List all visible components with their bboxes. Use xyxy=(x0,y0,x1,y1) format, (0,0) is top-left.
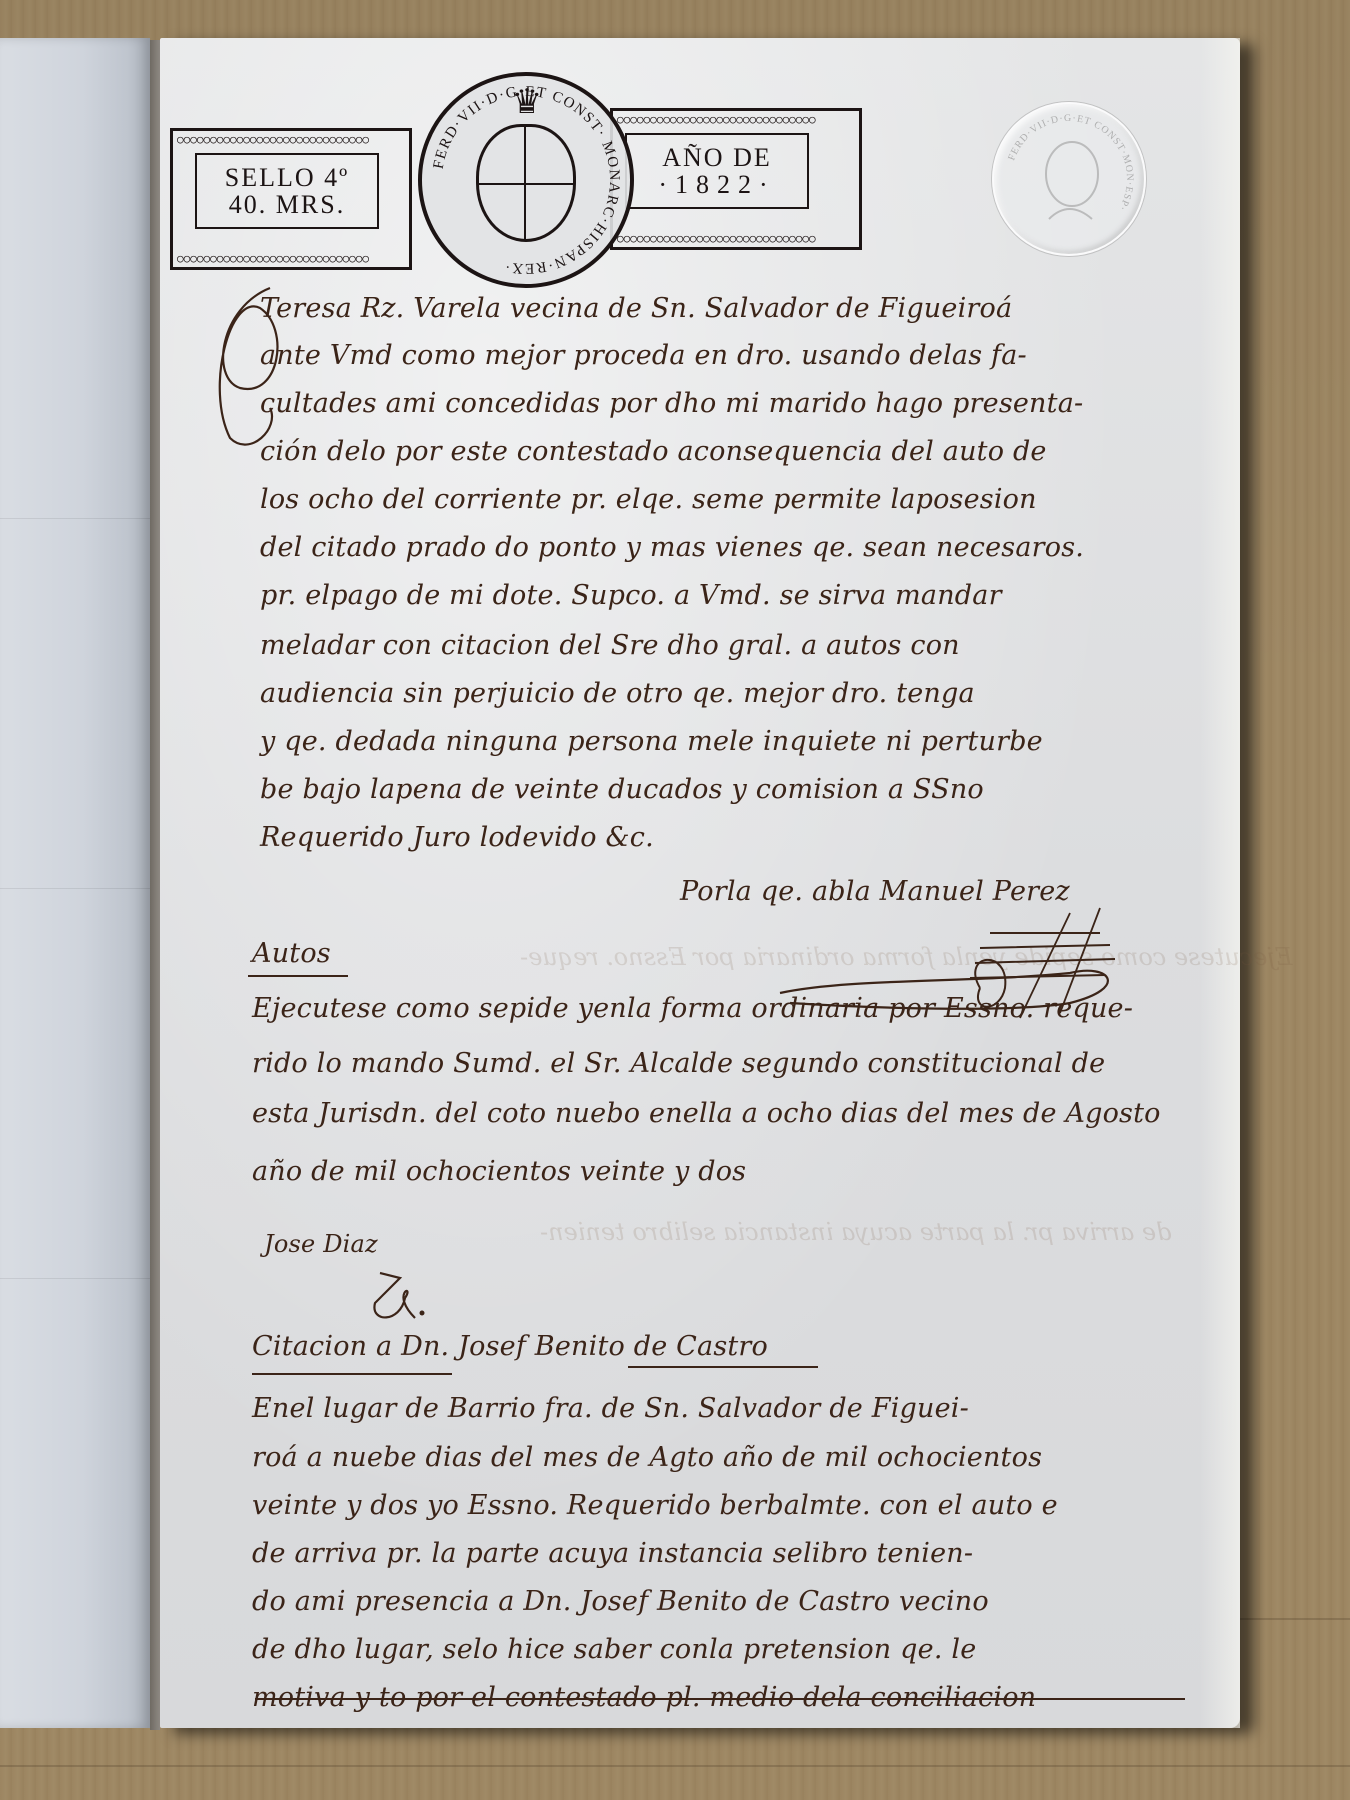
petition-line: ante Vmd como mejor proceda en dro. usan… xyxy=(260,340,1027,371)
ornamental-border: ○○○○○○○○○○○○○○○○○○○○○○○○○○○○○ xyxy=(177,133,383,146)
stamp-year-inner: AÑO DE ·1822· xyxy=(625,133,809,209)
stamp-price-label: 40. MRS. xyxy=(229,191,345,218)
petition-line: ción delo por este contestado aconsequen… xyxy=(260,436,1047,467)
citacion-line: roá a nuebe dias del mes de Agto año de … xyxy=(252,1442,1042,1473)
stamp-year-value: ·1822· xyxy=(658,171,775,198)
left-page xyxy=(0,38,150,1728)
petition-line: y qe. dedada ninguna persona mele inquie… xyxy=(260,726,1043,757)
autos-heading: Autos xyxy=(252,938,331,969)
petition-line: be bajo lapena de veinte ducados y comis… xyxy=(260,774,984,805)
page-edge xyxy=(1200,38,1240,1728)
ornamental-border: ○○○○○○○○○○○○○○○○○○○○○○○○○○○○○○ xyxy=(617,232,831,245)
petition-line: pr. elpago de mi dote. Supco. a Vmd. se … xyxy=(260,580,1002,611)
autos-line: esta Jurisdn. del coto nuebo enella a oc… xyxy=(252,1098,1161,1129)
binding-gutter xyxy=(150,40,160,1730)
manuscript-page: Ejecutese como sepide yenla forma ordina… xyxy=(160,38,1240,1728)
citacion-heading: Citacion a Dn. Josef Benito de Castro xyxy=(252,1331,768,1362)
ornamental-border: ○○○○○○○○○○○○○○○○○○○○○○○○○○○○○ xyxy=(177,252,383,265)
shield-icon xyxy=(476,124,576,242)
fold-line xyxy=(0,1278,150,1279)
closing-rule xyxy=(255,1698,1185,1700)
cardboard-seam xyxy=(0,1765,1350,1767)
heading-underline xyxy=(628,1366,818,1368)
crown-icon: ♛ xyxy=(492,84,562,120)
stamp-year-box: ○○○○○○○○○○○○○○○○○○○○○○○○○○○○○○ ○○○○○○○○○… xyxy=(610,108,862,250)
petition-line: los ocho del corriente pr. elqe. seme pe… xyxy=(260,484,1037,515)
citacion-line: Enel lugar de Barrio fra. de Sn. Salvado… xyxy=(252,1393,969,1424)
stamp-sello-label: SELLO 4º xyxy=(225,164,349,191)
petition-line: meladar con citacion del Sre dho gral. a… xyxy=(260,630,960,661)
petition-line: Requerido Juro lodevido &c. xyxy=(260,822,654,853)
ornamental-border: ○○○○○○○○○○○○○○○○○○○○○○○○○○○○○○ xyxy=(617,113,831,126)
bleed-through-text: de arriva pr. la parte acuya instancia s… xyxy=(540,1218,1171,1246)
petition-line: cultades ami concedidas por dho mi marid… xyxy=(260,388,1083,419)
fold-line xyxy=(0,518,150,519)
fold-line xyxy=(0,888,150,889)
autos-line: Ejecutese como sepide yenla forma ordina… xyxy=(252,993,1133,1024)
petition-line: del citado prado do ponto y mas vienes q… xyxy=(260,532,1084,563)
citacion-line: de arriva pr. la parte acuya instancia s… xyxy=(252,1538,973,1569)
signature-rubric-icon xyxy=(360,1263,440,1333)
svg-text:FERD·VII·D·G·ET CONST·MON·ESP·: FERD·VII·D·G·ET CONST·MON·ESP· xyxy=(1006,113,1135,213)
autos-line: año de mil ochocientos veinte y dos xyxy=(252,1156,746,1187)
autos-signature: Jose Diaz xyxy=(264,1230,378,1258)
citacion-line: veinte y dos yo Essno. Requerido berbalm… xyxy=(252,1490,1058,1521)
citacion-line: do ami presencia a Dn. Josef Benito de C… xyxy=(252,1586,989,1617)
stamp-value-inner: SELLO 4º 40. MRS. xyxy=(195,153,379,229)
heading-underline xyxy=(252,1373,452,1375)
stamp-value-box: ○○○○○○○○○○○○○○○○○○○○○○○○○○○○○ ○○○○○○○○○○… xyxy=(170,128,412,270)
citacion-line: de dho lugar, selo hice saber conla pret… xyxy=(252,1634,976,1665)
heading-underline xyxy=(248,975,348,977)
petition-line: Teresa Rz. Varela vecina de Sn. Salvador… xyxy=(260,293,1012,324)
autos-line: rido lo mando Sumd. el Sr. Alcalde segun… xyxy=(252,1048,1105,1079)
petition-line: audiencia sin perjuicio de otro qe. mejo… xyxy=(260,678,975,709)
royal-coat-of-arms-icon: FERD·VII·D·G·ET CONST· MONARC·HISPAN·REX… xyxy=(418,72,634,288)
stamp-year-label: AÑO DE xyxy=(662,144,772,171)
embossed-portrait-seal-icon: FERD·VII·D·G·ET CONST·MON·ESP· xyxy=(992,102,1146,256)
